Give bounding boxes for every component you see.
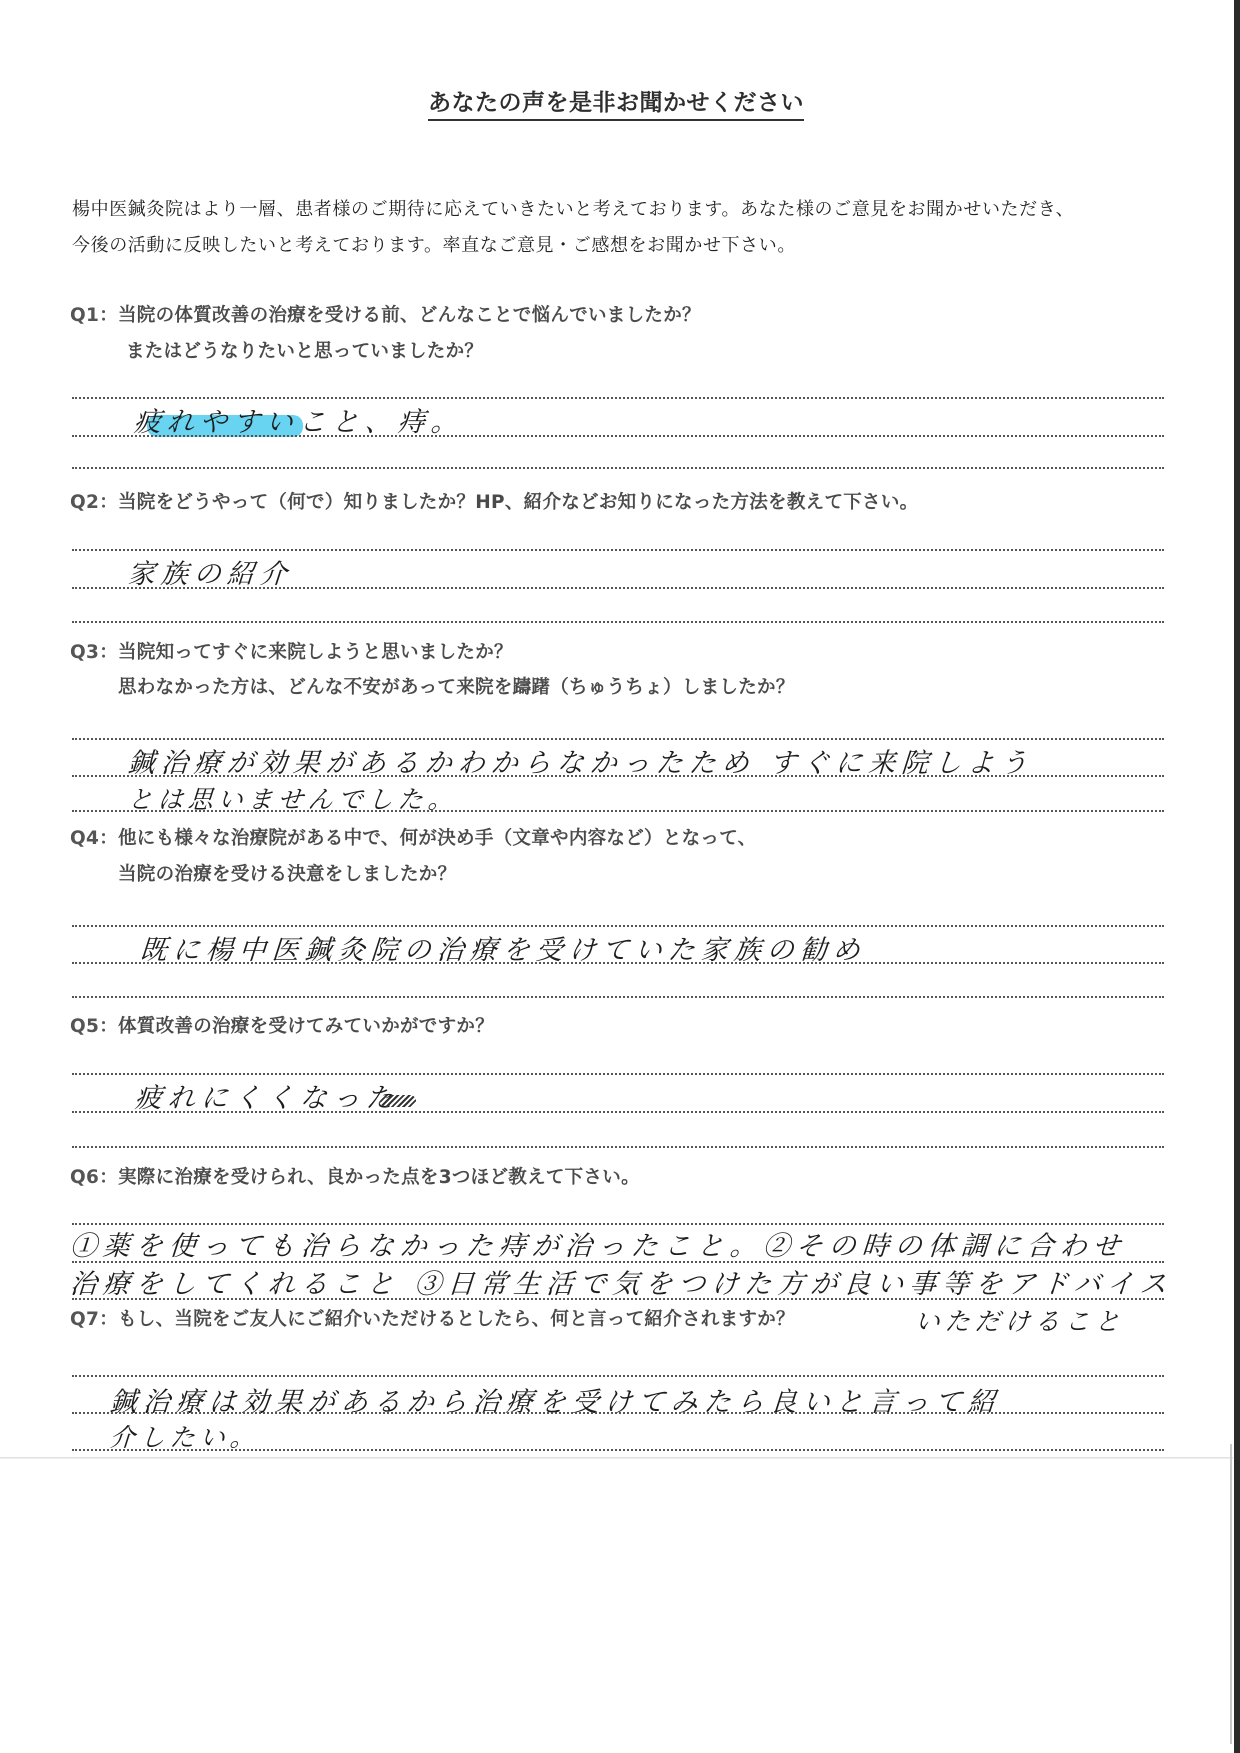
answer-rule [72, 1412, 1164, 1414]
question-2: Q2：当院をどうやって（何で）知りましたか？HP、紹介などお知りになった方法を教… [70, 488, 918, 514]
answer-6-line-1: ①薬を使っても治らなかった痔が治ったこと。②その時の体調に合わせ [69, 1224, 1128, 1263]
question-text: 実際に治療を受けられ、良かった点を3つほど教えて下さい。 [118, 1167, 640, 1188]
answer-rule [72, 1449, 1164, 1451]
answer-rule [72, 621, 1164, 623]
question-text: 体質改善の治療を受けてみていかがですか？ [118, 1016, 494, 1037]
question-4-line-2: 当院の治療を受ける決意をしましたか？ [118, 860, 456, 886]
question-number: Q5： [70, 1016, 118, 1037]
answer-6-line-2: 治療をしてくれること ③日常生活で気をつけた方が良い事等をアドバイス [69, 1262, 1175, 1301]
answer-rule [72, 1298, 1164, 1300]
question-number: Q2： [70, 492, 118, 513]
question-6: Q6：実際に治療を受けられ、良かった点を3つほど教えて下さい。 [70, 1163, 640, 1189]
question-4: Q4：他にも様々な治療院がある中で、何が決め手（文章や内容など）となって、 [70, 824, 756, 850]
answer-rule [72, 1073, 1164, 1075]
intro-line-1: 楊中医鍼灸院はより一層、患者様のご期待に応えていきたいと考えております。あなた様… [72, 195, 1074, 221]
answer-rule [72, 925, 1164, 927]
answer-rule [72, 397, 1164, 399]
question-text: 当院の体質改善の治療を受ける前、どんなことで悩んでいましたか？ [118, 305, 701, 326]
answer-6-line-3: いただけること [914, 1302, 1127, 1338]
question-number: Q6： [70, 1167, 118, 1188]
question-number: Q7： [70, 1309, 118, 1330]
question-text: もし、当院をご友人にご紹介いただけるとしたら、何と言って紹介されますか？ [118, 1309, 795, 1330]
answer-rule [72, 996, 1164, 998]
question-1-line-2: またはどうなりたいと思っていましたか？ [126, 337, 483, 363]
question-3-line-2: 思わなかった方は、どんな不安があって来院を躊躇（ちゅうちょ）しましたか？ [118, 673, 795, 699]
answer-1: 疲れやすいこと、痔。 [133, 400, 466, 439]
answer-rule [72, 467, 1164, 469]
question-number: Q4： [70, 828, 118, 849]
answer-rule [72, 587, 1164, 589]
scan-fold-line [0, 1457, 1233, 1459]
answer-rule [72, 1111, 1164, 1113]
answer-rule [72, 1146, 1164, 1148]
crossed-out-scribble [380, 1095, 416, 1107]
answer-rule [72, 810, 1164, 812]
answer-rule [72, 962, 1164, 964]
answer-rule [72, 775, 1164, 777]
question-text: 当院知ってすぐに来院しようと思いましたか？ [118, 642, 513, 663]
scan-fold-edge [1230, 1444, 1232, 1744]
question-1: Q1：当院の体質改善の治療を受ける前、どんなことで悩んでいましたか？ [70, 301, 701, 327]
question-7: Q7：もし、当院をご友人にご紹介いただけるとしたら、何と言って紹介されますか？ [70, 1305, 795, 1331]
question-3: Q3：当院知ってすぐに来院しようと思いましたか？ [70, 638, 513, 664]
answer-rule [72, 1375, 1164, 1377]
page-title: あなたの声を是非お聞かせください [0, 84, 1232, 117]
question-number: Q1： [70, 305, 118, 326]
question-text: 他にも様々な治療院がある中で、何が決め手（文章や内容など）となって、 [118, 828, 756, 849]
answer-rule [72, 549, 1164, 551]
question-number: Q3： [70, 642, 118, 663]
question-5: Q5：体質改善の治療を受けてみていかがですか？ [70, 1012, 494, 1038]
answer-rule [72, 435, 1164, 437]
answer-rule [72, 738, 1164, 740]
answer-2: 家族の紹介 [127, 552, 295, 591]
question-text: 当院をどうやって（何で）知りましたか？HP、紹介などお知りになった方法を教えて下… [118, 492, 918, 513]
scan-border [1234, 0, 1240, 1753]
intro-line-2: 今後の活動に反映したいと考えております。率直なご意見・ご感想をお聞かせ下さい。 [72, 231, 796, 257]
answer-5: 疲れにくくなった [134, 1076, 401, 1115]
page-title-text: あなたの声を是非お聞かせください [428, 90, 804, 121]
